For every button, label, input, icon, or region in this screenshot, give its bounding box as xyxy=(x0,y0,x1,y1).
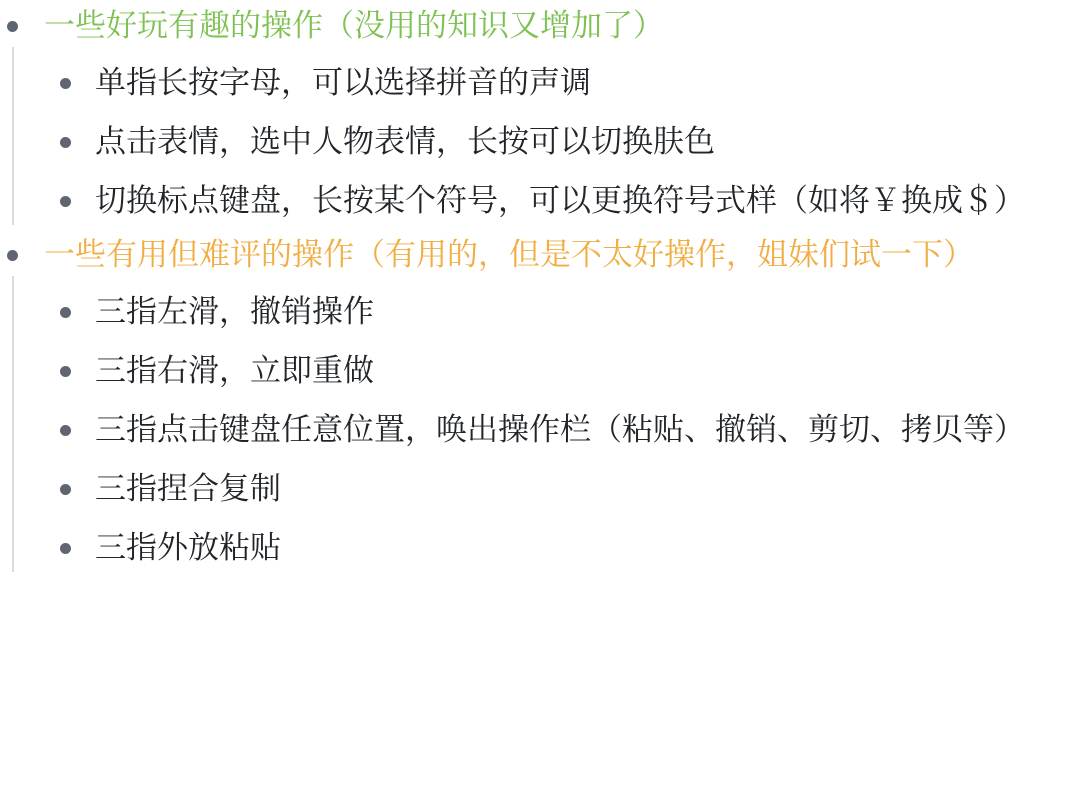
bullet-icon xyxy=(7,250,18,261)
bullet-icon xyxy=(60,137,71,148)
list-item-text: 单指长按字母，可以选择拼音的声调 xyxy=(95,67,591,99)
list-item: 三指外放粘贴 xyxy=(14,532,1076,564)
bullet-icon xyxy=(60,196,71,207)
list-item-text: 三指右滑，立即重做 xyxy=(95,355,374,387)
list-item-text: 三指外放粘贴 xyxy=(95,532,281,564)
list-item-text: 三指捏合复制 xyxy=(95,473,281,505)
list-item: 切换标点键盘，长按某个符号，可以更换符号式样（如将￥换成＄） xyxy=(14,185,1076,217)
bullet-icon xyxy=(60,78,71,89)
list-item-heading-1: 一些好玩有趣的操作（没用的知识又增加了） xyxy=(0,10,1076,42)
bullet-icon xyxy=(7,21,18,32)
section-1-heading-text: 一些好玩有趣的操作（没用的知识又增加了） xyxy=(44,10,664,42)
list-item: 三指捏合复制 xyxy=(14,473,1076,505)
bullet-icon xyxy=(60,366,71,377)
list-item: 单指长按字母，可以选择拼音的声调 xyxy=(14,67,1076,99)
bullet-list-section-1: 一些好玩有趣的操作（没用的知识又增加了） 单指长按字母，可以选择拼音的声调 点击… xyxy=(0,10,1076,225)
nested-list-1: 单指长按字母，可以选择拼音的声调 点击表情，选中人物表情，长按可以切换肤色 切换… xyxy=(12,47,1076,225)
bullet-icon xyxy=(60,307,71,318)
bullet-icon xyxy=(60,543,71,554)
list-item-text: 三指点击键盘任意位置，唤出操作栏（粘贴、撤销、剪切、拷贝等） xyxy=(95,414,1025,446)
list-item: 三指点击键盘任意位置，唤出操作栏（粘贴、撤销、剪切、拷贝等） xyxy=(14,414,1076,446)
bullet-icon xyxy=(60,484,71,495)
bullet-icon xyxy=(60,425,71,436)
list-item-text: 切换标点键盘，长按某个符号，可以更换符号式样（如将￥换成＄） xyxy=(95,185,1025,217)
list-item-text: 点击表情，选中人物表情，长按可以切换肤色 xyxy=(95,126,715,158)
nested-list-2: 三指左滑，撤销操作 三指右滑，立即重做 三指点击键盘任意位置，唤出操作栏（粘贴、… xyxy=(12,276,1076,572)
bullet-list-section-2: 一些有用但难评的操作（有用的，但是不太好操作，姐妹们试一下） 三指左滑，撤销操作… xyxy=(0,239,1076,572)
list-item-heading-2: 一些有用但难评的操作（有用的，但是不太好操作，姐妹们试一下） xyxy=(0,239,1076,271)
list-item-text: 三指左滑，撤销操作 xyxy=(95,296,374,328)
list-item: 三指右滑，立即重做 xyxy=(14,355,1076,387)
list-item: 三指左滑，撤销操作 xyxy=(14,296,1076,328)
list-item: 点击表情，选中人物表情，长按可以切换肤色 xyxy=(14,126,1076,158)
document: 一些好玩有趣的操作（没用的知识又增加了） 单指长按字母，可以选择拼音的声调 点击… xyxy=(0,0,1076,572)
section-2-heading-text: 一些有用但难评的操作（有用的，但是不太好操作，姐妹们试一下） xyxy=(44,239,974,271)
